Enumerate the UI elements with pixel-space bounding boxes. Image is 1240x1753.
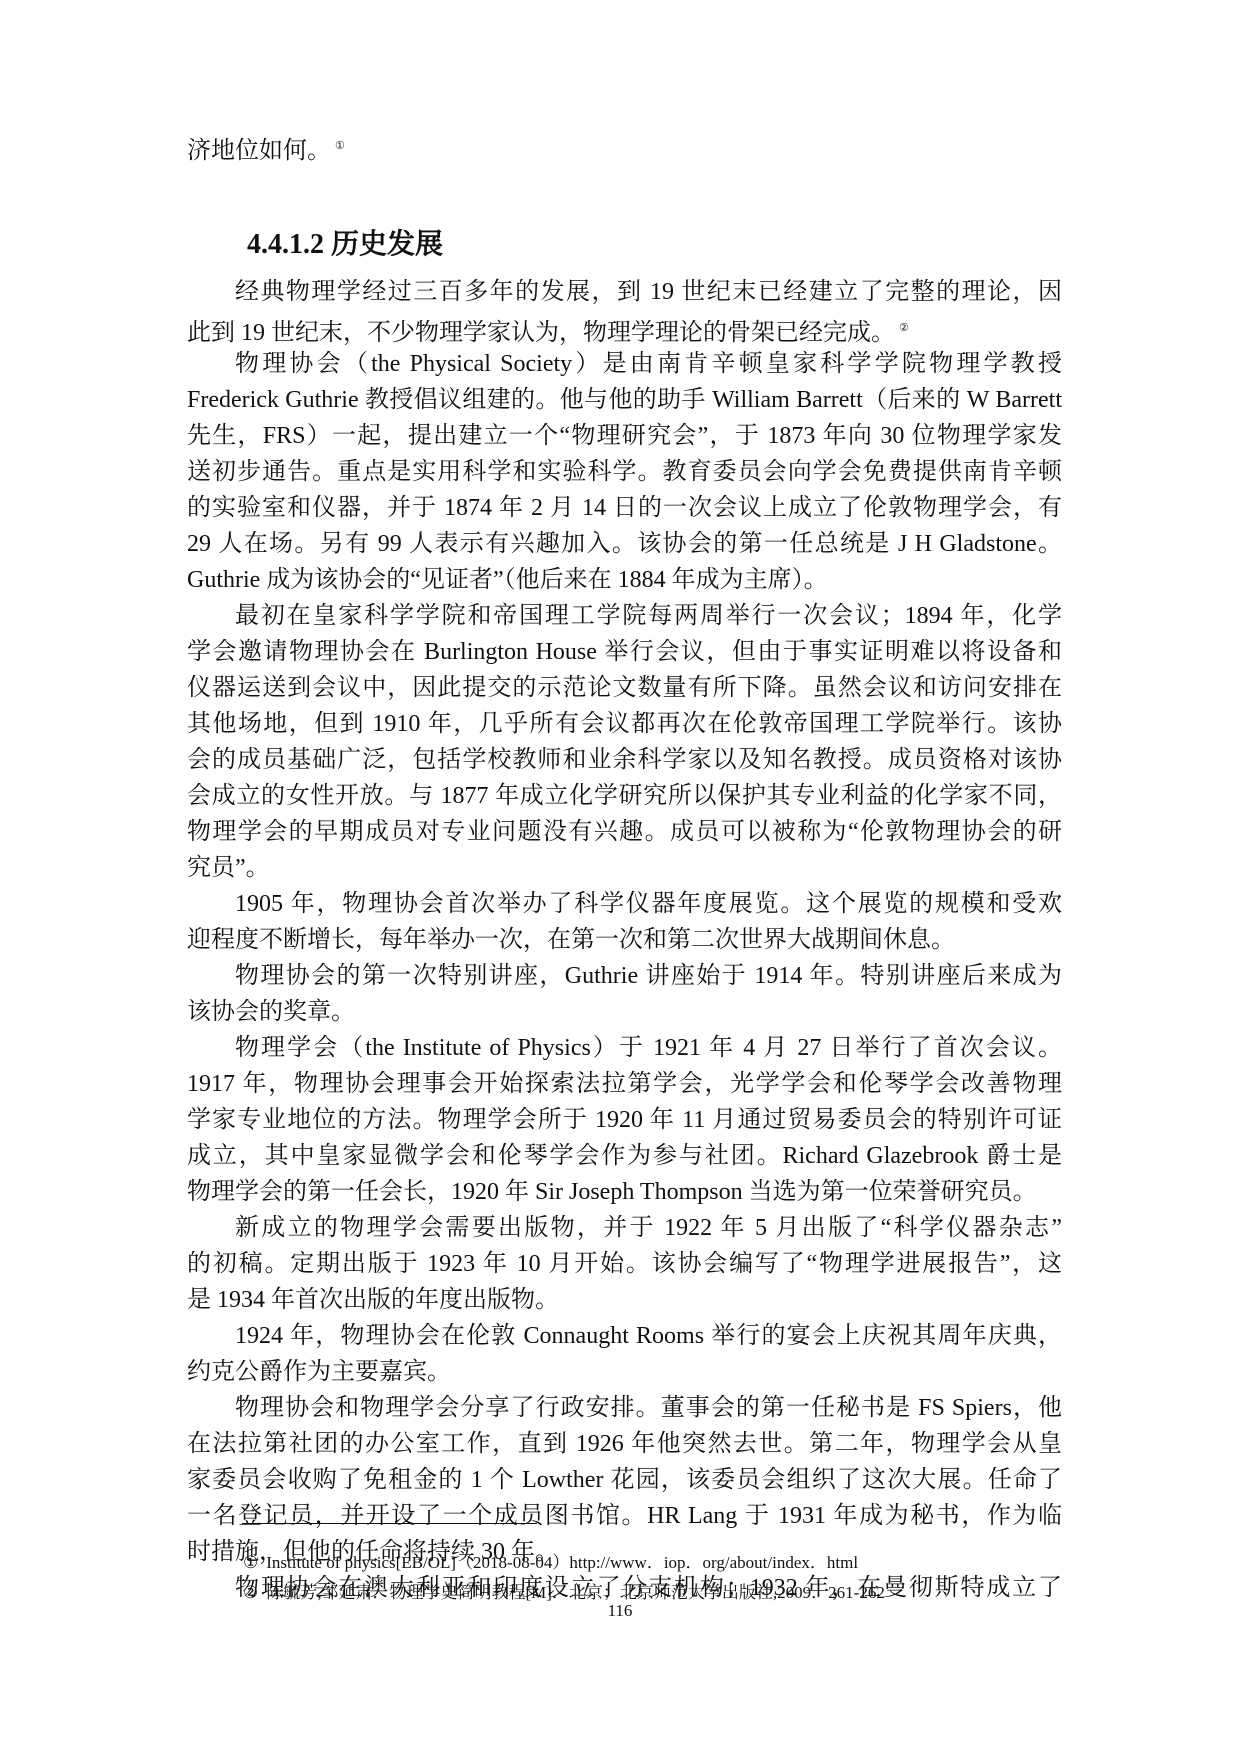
- text-line: 一名登记员，并开设了一个成员图书馆。HR Lang 于 1931 年成为秘书，作…: [187, 1498, 1062, 1534]
- text-line: 会的成员基础广泛，包括学校教师和业余科学家以及知名教授。成员资格对该协: [187, 742, 1062, 778]
- line-text: 此到 19 世纪末，不少物理学家认为，物理学理论的骨架已经完成。: [187, 320, 895, 346]
- text-line: 先生，FRS）一起，提出建立一个“物理研究会”，于 1873 年向 30 位物理…: [187, 418, 1062, 454]
- paragraph: 物理协会（the Physical Society）是由南肯辛顿皇家科学学院物理…: [187, 346, 1062, 598]
- body-text: 经典物理学经过三百多年的发展，到 19 世纪末已经建立了完整的理论，因此到 19…: [187, 274, 1062, 1606]
- continuation-paragraph: 济地位如何。①: [187, 128, 1062, 164]
- section-heading: 4.4.1.2 历史发展: [247, 225, 443, 265]
- text-line: 约克公爵作为主要嘉宾。: [187, 1354, 1062, 1390]
- text-line: 经典物理学经过三百多年的发展，到 19 世纪末已经建立了完整的理论，因: [187, 274, 1062, 310]
- text-line: 物理协会（the Physical Society）是由南肯辛顿皇家科学学院物理…: [187, 346, 1062, 382]
- text-line: 学会邀请物理协会在 Burlington House 举行会议，但由于事实证明难…: [187, 634, 1062, 670]
- text-line: Guthrie 成为该协会的“见证者”（他后来在 1884 年成为主席）。: [187, 562, 1062, 598]
- page-number: 116: [0, 1601, 1240, 1621]
- text-line: 迎程度不断增长，每年举办一次，在第一次和第二次世界大战期间休息。: [187, 922, 1062, 958]
- footnote-reference[interactable]: ①: [335, 140, 345, 152]
- text-line: 物理学会（the Institute of Physics）于 1921 年 4…: [187, 1030, 1062, 1066]
- text-line: 的初稿。定期出版于 1923 年 10 月开始。该协会编写了“物理学进展报告”，…: [187, 1246, 1062, 1282]
- text-line: 是 1934 年首次出版的年度出版物。: [187, 1282, 1062, 1318]
- paragraph: 物理协会和物理学会分享了行政安排。董事会的第一任秘书是 FS Spiers，他在…: [187, 1390, 1062, 1570]
- paragraph: 1905 年，物理协会首次举办了科学仪器年度展览。这个展览的规模和受欢迎程度不断…: [187, 886, 1062, 958]
- paragraph: 最初在皇家科学学院和帝国理工学院每两周举行一次会议；1894 年，化学学会邀请物…: [187, 598, 1062, 886]
- text-line: 新成立的物理学会需要出版物，并于 1922 年 5 月出版了“科学仪器杂志”: [187, 1210, 1062, 1246]
- text-line: 家委员会收购了免租金的 1 个 Lowther 花园，该委员会组织了这次大展。任…: [187, 1462, 1062, 1498]
- footnote-mark: ①: [243, 1548, 258, 1578]
- text-line: 送初步通告。重点是实用科学和实验科学。教育委员会向学会免费提供南肯辛顿: [187, 454, 1062, 490]
- text-line: 究员”。: [187, 850, 1062, 886]
- footnotes: ①Institute of physics[EB/OL]（2018-08-04）…: [243, 1548, 885, 1608]
- paragraph: 物理学会（the Institute of Physics）于 1921 年 4…: [187, 1030, 1062, 1210]
- text-line: 该协会的奖章。: [187, 994, 1062, 1030]
- footnote-reference[interactable]: ②: [899, 322, 909, 334]
- text-line: 仪器运送到会议中，因此提交的示范论文数量有所下降。虽然会议和访问安排在: [187, 670, 1062, 706]
- paragraph: 新成立的物理学会需要出版物，并于 1922 年 5 月出版了“科学仪器杂志”的初…: [187, 1210, 1062, 1318]
- paragraph: 1924 年，物理协会在伦敦 Connaught Rooms 举行的宴会上庆祝其…: [187, 1318, 1062, 1390]
- text-line: 物理学会的早期成员对专业问题没有兴趣。成员可以被称为“伦敦物理协会的研: [187, 814, 1062, 850]
- paragraph: 物理协会的第一次特别讲座，Guthrie 讲座始于 1914 年。特别讲座后来成…: [187, 958, 1062, 1030]
- text-line: 学家专业地位的方法。物理学会所于 1920 年 11 月通过贸易委员会的特别许可…: [187, 1102, 1062, 1138]
- text-line: 成立，其中皇家显微学会和伦琴学会作为参与社团。Richard Glazebroo…: [187, 1138, 1062, 1174]
- text-line: 会成立的女性开放。与 1877 年成立化学研究所以保护其专业利益的化学家不同，: [187, 778, 1062, 814]
- footnote-text: Institute of physics[EB/OL]（2018-08-04）h…: [266, 1553, 858, 1572]
- text-line: 1924 年，物理协会在伦敦 Connaught Rooms 举行的宴会上庆祝其…: [187, 1318, 1062, 1354]
- text-line: 29 人在场。另有 99 人表示有兴趣加入。该协会的第一任总统是 J H Gla…: [187, 526, 1062, 562]
- text-line: 物理学会的第一任会长，1920 年 Sir Joseph Thompson 当选…: [187, 1174, 1062, 1210]
- text-line: 在法拉第社团的办公室工作，直到 1926 年他突然去世。第二年，物理学会从皇: [187, 1426, 1062, 1462]
- continuation-text: 济地位如何。: [187, 138, 331, 164]
- text-line: 的实验室和仪器，并于 1874 年 2 月 14 日的一次会议上成立了伦敦物理学…: [187, 490, 1062, 526]
- section-number: 4.4.1.2: [247, 229, 324, 260]
- footnote-divider: [242, 1523, 537, 1524]
- document-page: 济地位如何。① 4.4.1.2 历史发展 经典物理学经过三百多年的发展，到 19…: [0, 0, 1240, 1753]
- text-line: 物理协会和物理学会分享了行政安排。董事会的第一任秘书是 FS Spiers，他: [187, 1390, 1062, 1426]
- paragraph: 经典物理学经过三百多年的发展，到 19 世纪末已经建立了完整的理论，因此到 19…: [187, 274, 1062, 346]
- text-line: 济地位如何。①: [187, 128, 1062, 164]
- text-line: 1905 年，物理协会首次举办了科学仪器年度展览。这个展览的规模和受欢: [187, 886, 1062, 922]
- text-line: 1917 年，物理协会理事会开始探索法拉第学会，光学学会和伦琴学会改善物理: [187, 1066, 1062, 1102]
- footnote: ①Institute of physics[EB/OL]（2018-08-04）…: [243, 1548, 885, 1578]
- text-line: 最初在皇家科学学院和帝国理工学院每两周举行一次会议；1894 年，化学: [187, 598, 1062, 634]
- section-title: 历史发展: [331, 229, 443, 260]
- text-line: 其他场地，但到 1910 年，几乎所有会议都再次在伦敦帝国理工学院举行。该协: [187, 706, 1062, 742]
- text-line: 物理协会的第一次特别讲座，Guthrie 讲座始于 1914 年。特别讲座后来成…: [187, 958, 1062, 994]
- text-line: Frederick Guthrie 教授倡议组建的。他与他的助手 William…: [187, 382, 1062, 418]
- text-line: 此到 19 世纪末，不少物理学家认为，物理学理论的骨架已经完成。②: [187, 310, 1062, 346]
- footnote-text: 陈毓芳,邹延肃．物理学史简明教程[M]．北京；北京师范大学出版社,2009．26…: [266, 1583, 885, 1602]
